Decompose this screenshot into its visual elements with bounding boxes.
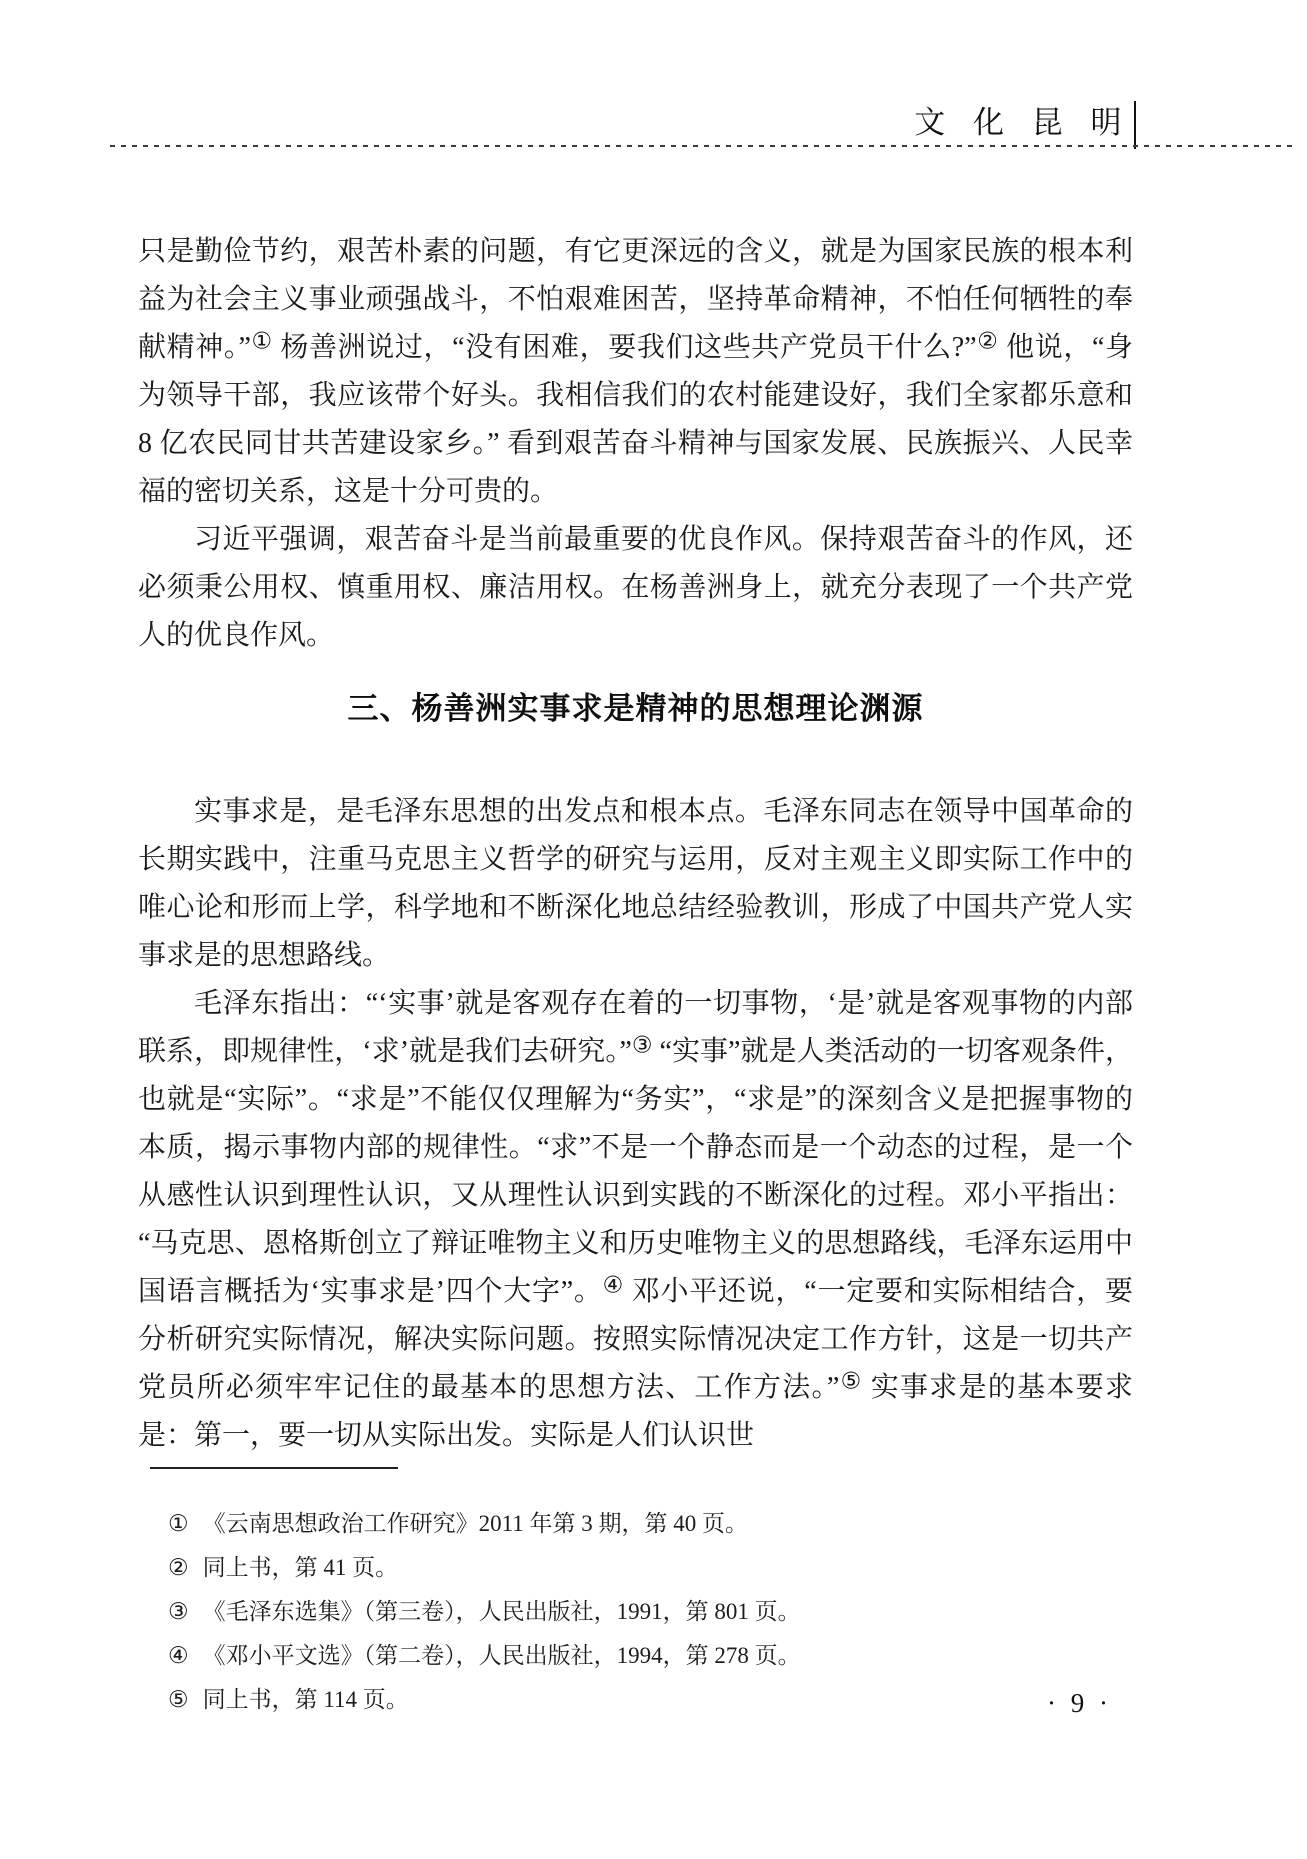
section-heading: 三、杨善洲实事求是精神的思想理论渊源 xyxy=(138,686,1133,732)
book-page: 文 化 昆 明 只是勤俭节约，艰苦朴素的问题，有它更深远的含义，就是为国家民族的… xyxy=(0,0,1307,1859)
paragraph-3: 实事求是，是毛泽东思想的出发点和根本点。毛泽东同志在领导中国革命的长期实践中，注… xyxy=(138,788,1133,980)
footnote-marker: ⑤ xyxy=(168,1678,189,1722)
footnote-reference: ③ xyxy=(632,1033,653,1058)
footnote-item: ④ 《邓小平文选》（第二卷），人民出版社，1994，第 278 页。 xyxy=(168,1634,1128,1678)
footnote-reference: ④ xyxy=(603,1273,624,1298)
paragraph-2: 习近平强调，艰苦奋斗是当前最重要的优良作风。保持艰苦奋斗的作风，还必须秉公用权、… xyxy=(138,516,1133,660)
running-head: 文 化 昆 明 xyxy=(914,101,1136,149)
footnote-marker: ② xyxy=(168,1546,189,1590)
page-number: · 9 · xyxy=(1047,1688,1112,1719)
footnote-separator-rule xyxy=(150,1467,398,1469)
footnote-reference: ① xyxy=(251,329,273,354)
footnote-text: 《邓小平文选》（第二卷），人民出版社，1994，第 278 页。 xyxy=(203,1634,1128,1678)
footnote-marker: ④ xyxy=(168,1634,189,1678)
page-content: 只是勤俭节约，艰苦朴素的问题，有它更深远的含义，就是为国家民族的根本利益为社会主… xyxy=(138,228,1133,1460)
running-head-bar xyxy=(1134,101,1137,149)
footnote-text: 《毛泽东选集》（第三卷），人民出版社，1991，第 801 页。 xyxy=(203,1590,1128,1634)
paragraph-4: 毛泽东指出：“‘实事’就是客观存在着的一切事物，‘是’就是客观事物的内部联系，即… xyxy=(138,980,1133,1460)
footnote-item: ② 同上书，第 41 页。 xyxy=(168,1546,1128,1590)
footnote-text: 同上书，第 114 页。 xyxy=(203,1678,1128,1722)
footnote-marker: ③ xyxy=(168,1590,189,1634)
paragraph-1: 只是勤俭节约，艰苦朴素的问题，有它更深远的含义，就是为国家民族的根本利益为社会主… xyxy=(138,228,1133,516)
footnote-text: 《云南思想政治工作研究》2011 年第 3 期，第 40 页。 xyxy=(203,1502,1128,1546)
footnote-text: 同上书，第 41 页。 xyxy=(203,1546,1128,1590)
footnote-item: ⑤ 同上书，第 114 页。 xyxy=(168,1678,1128,1722)
footnotes-block: ① 《云南思想政治工作研究》2011 年第 3 期，第 40 页。 ② 同上书，… xyxy=(168,1502,1128,1722)
running-head-title: 文 化 昆 明 xyxy=(914,101,1131,145)
footnote-item: ③ 《毛泽东选集》（第三卷），人民出版社，1991，第 801 页。 xyxy=(168,1590,1128,1634)
footnote-marker: ① xyxy=(168,1502,189,1546)
header-dashed-rule xyxy=(110,145,1295,147)
footnote-reference: ② xyxy=(977,329,999,354)
footnote-item: ① 《云南思想政治工作研究》2011 年第 3 期，第 40 页。 xyxy=(168,1502,1128,1546)
footnote-reference: ⑤ xyxy=(839,1369,862,1394)
